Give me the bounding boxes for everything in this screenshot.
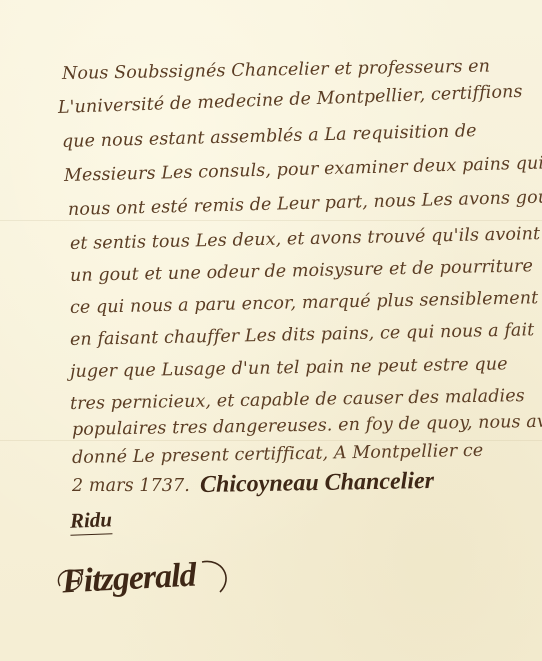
text-line-10: juger que Lusage d'un tel pain ne peut e… [70, 354, 508, 382]
text-line-5: nous ont esté remis de Leur part, nous L… [68, 187, 542, 220]
text-line-2: L'université de medecine de Montpellier,… [58, 82, 523, 118]
text-line-4: Messieurs Les consuls, pour examiner deu… [64, 153, 542, 186]
text-line-11: tres pernicieux, et capable de causer de… [70, 386, 525, 414]
text-line-3: que nous estant assemblés a La requisiti… [62, 121, 477, 152]
date-line: 2 mars 1737. [72, 476, 190, 496]
text-line-7: un gout et une odeur de moisysure et de … [70, 256, 533, 286]
manuscript-page: Nous Soubssignés Chancelier et professeu… [0, 0, 542, 661]
text-line-1: Nous Soubssignés Chancelier et professeu… [62, 57, 490, 84]
paper-fold-line [0, 220, 542, 221]
text-line-13: donné Le present certifficat, A Montpell… [72, 441, 484, 468]
text-line-12: populaires tres dangereuses. en foy de q… [72, 411, 542, 440]
signature-ridu: Ridu [70, 507, 113, 535]
signature-fitzgerald: Fitzgerald [61, 557, 196, 602]
text-line-6: et sentis tous Les deux, et avons trouvé… [70, 224, 541, 254]
text-line-8: ce qui nous a paru encor, marqué plus se… [70, 288, 539, 318]
signature-chicoyneau: Chicoyneau Chancelier [200, 468, 434, 499]
text-line-9: en faisant chauffer Les dits pains, ce q… [70, 320, 535, 350]
